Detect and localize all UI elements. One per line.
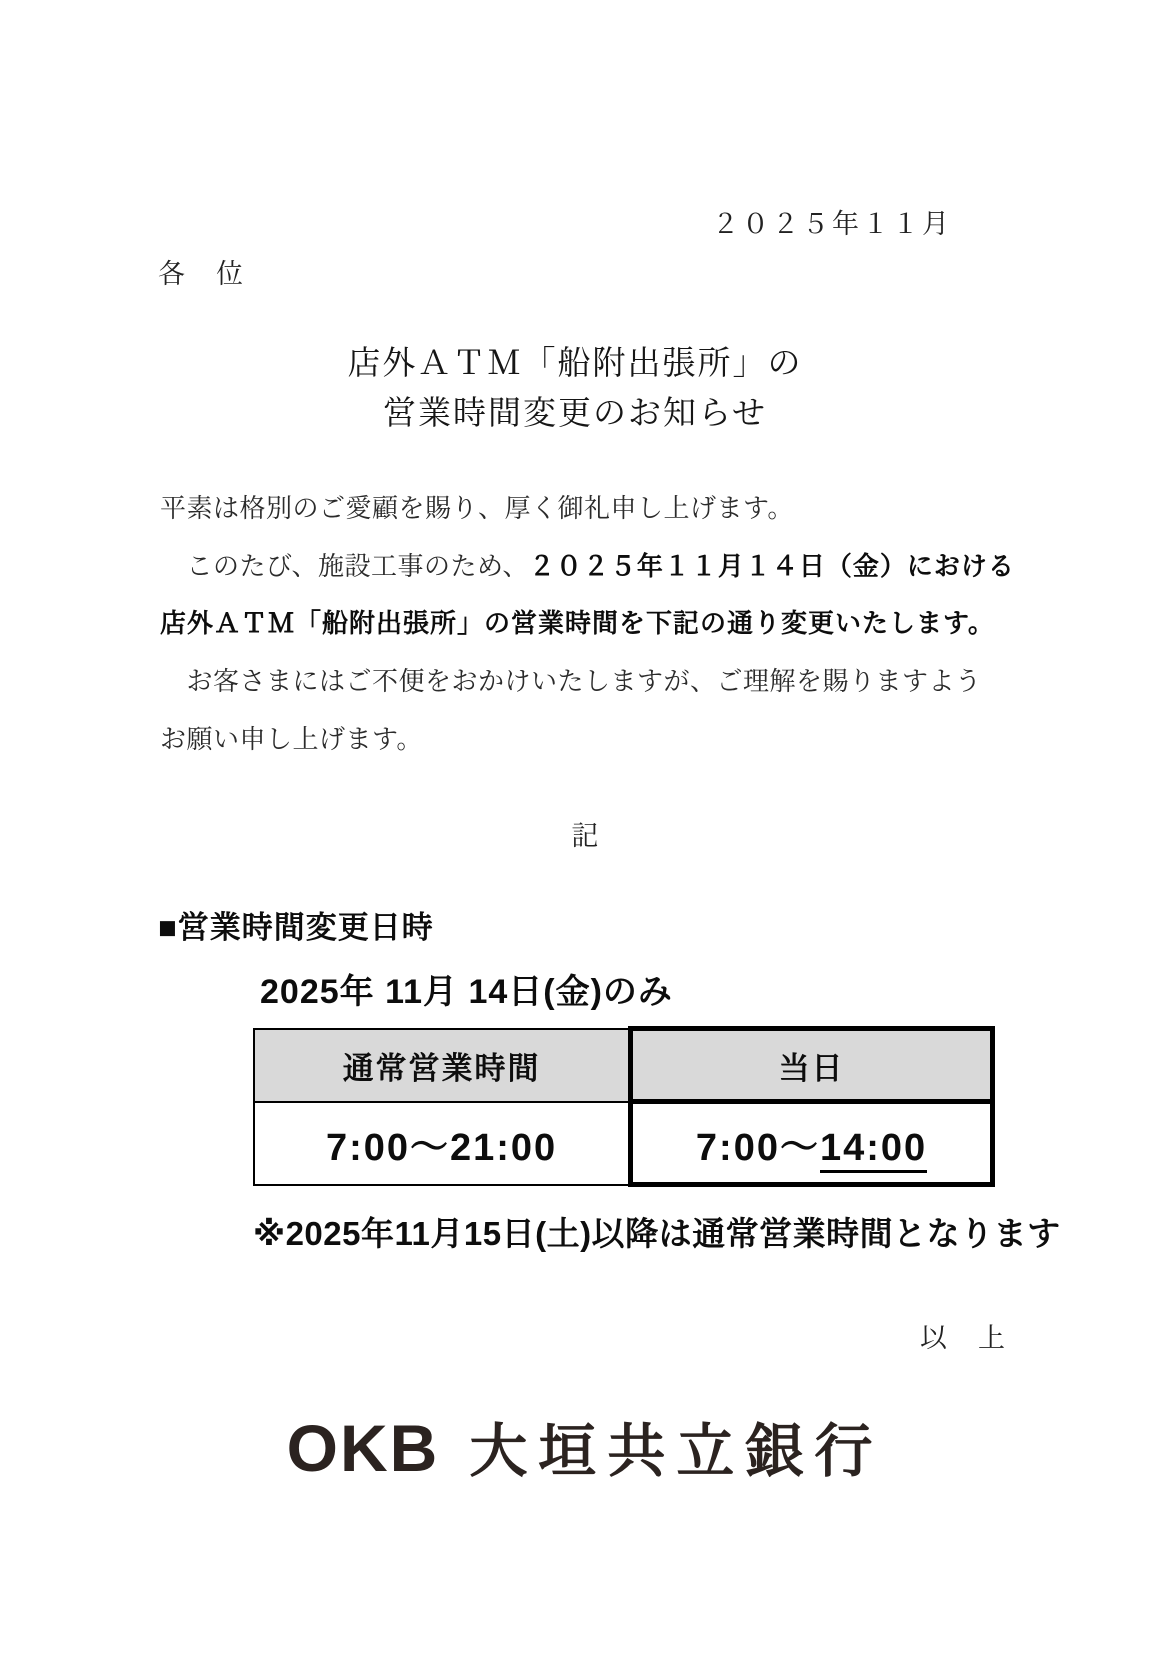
title-line-2: 営業時間変更のお知らせ — [0, 388, 1150, 438]
document-title: 店外ＡＴＭ「船附出張所」の 営業時間変更のお知らせ — [0, 338, 1150, 438]
bank-logo: OKB大垣共立銀行 — [0, 1404, 1170, 1488]
paragraph-announcement-continued: 店外ＡＴＭ「船附出張所」の営業時間を下記の通り変更いたします。 — [160, 606, 995, 640]
business-hours-table: 通常営業時間 当日 7:00～21:00 7:00～14:00 — [253, 1026, 995, 1187]
recipient-line: 各 位 — [158, 252, 245, 291]
title-line-1: 店外ＡＴＭ「船附出張所」の — [0, 338, 1150, 388]
header-cell-normal-hours: 通常営業時間 — [254, 1029, 631, 1102]
bank-logo-latin: OKB — [287, 1411, 440, 1485]
table-data-row: 7:00～21:00 7:00～14:00 — [254, 1102, 993, 1185]
paragraph-announcement: このたび、施設工事のため、２０２５年１１月１４日（金）における — [160, 549, 1015, 584]
cell-normal-hours: 7:00～21:00 — [254, 1102, 631, 1185]
ki-marker: 記 — [0, 814, 1170, 853]
closing-line: 以 上 — [920, 1316, 1007, 1355]
table-header-row: 通常営業時間 当日 — [254, 1029, 993, 1102]
today-hours-prefix: 7:00～ — [696, 1127, 820, 1169]
notice-document: ２０２５年１１月 各 位 店外ＡＴＭ「船附出張所」の 営業時間変更のお知らせ 平… — [0, 0, 1170, 1654]
paragraph-apology-line1: お客さまにはご不便をおかけいたしますが、ご理解を賜りますよう — [160, 665, 982, 699]
cell-today-hours: 7:00～14:00 — [631, 1102, 993, 1185]
note-line: ※2025年11月15日(土)以降は通常営業時間となります — [253, 1208, 1061, 1255]
issue-date: ２０２５年１１月 — [712, 202, 952, 241]
section-heading-hours-change: ■営業時間変更日時 — [158, 902, 434, 947]
paragraph-apology-line2: お願い申し上げます。 — [160, 723, 423, 757]
announcement-lead-text: このたび、施設工事のため、 — [160, 552, 529, 581]
announcement-date-bold: ２０２５年１１月１４日（金）における — [529, 551, 1015, 581]
today-hours-underlined: 14:00 — [820, 1127, 927, 1173]
bank-logo-kanji: 大垣共立銀行 — [469, 1419, 883, 1484]
header-cell-today: 当日 — [631, 1029, 993, 1102]
paragraph-greeting: 平素は格別のご愛顧を賜り、厚く御礼申し上げます。 — [160, 492, 794, 526]
change-date-line: 2025年 11月 14日(金)のみ — [260, 964, 673, 1013]
